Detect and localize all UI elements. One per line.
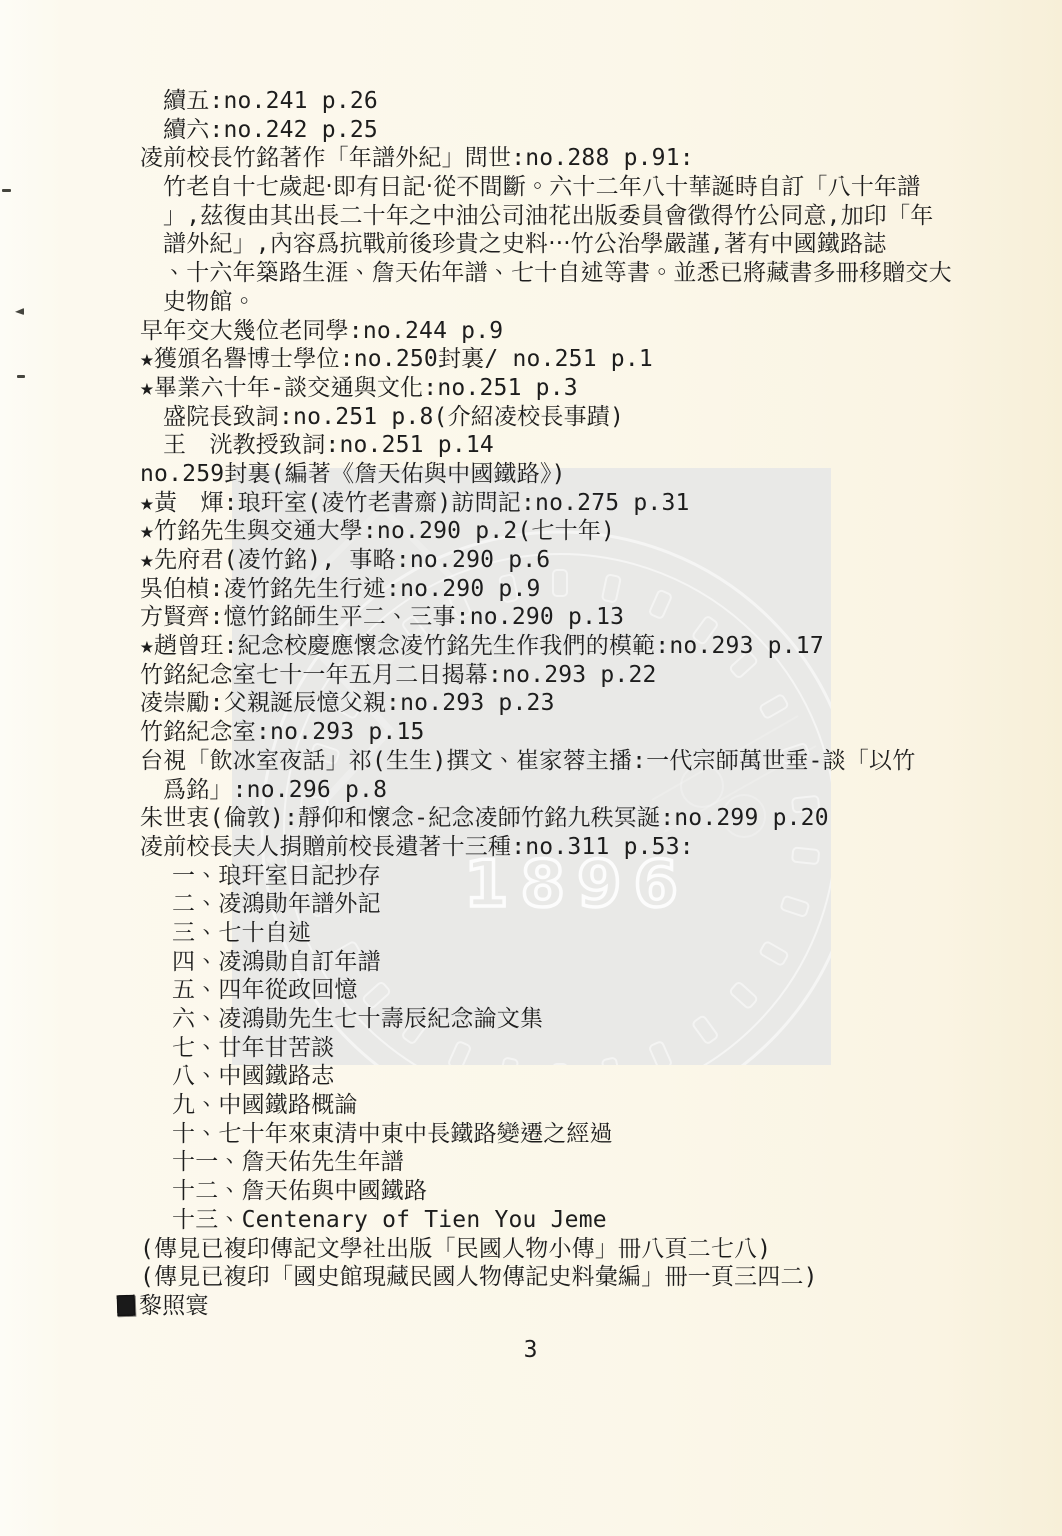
text-line: 八、中國鐵路志 <box>172 1062 1062 1091</box>
scan-speck <box>2 189 11 192</box>
ink-blot-mark <box>117 1295 136 1317</box>
text-line: 竹銘紀念室:no.293 p.15 <box>140 718 1062 747</box>
document-page: 1896 續五:no.241 p.26續六:no.242 p.25凌前校長竹銘著… <box>0 0 1062 1536</box>
text-line: 凌前校長竹銘著作「年譜外紀」問世:no.288 p.91: <box>140 144 1062 173</box>
text-line: 十二、詹天佑與中國鐵路 <box>172 1177 1062 1206</box>
text-line: ★獲頒名譽博士學位:no.250封裏/ no.251 p.1 <box>140 345 1062 374</box>
text-line: 十、七十年來東清中東中長鐵路變遷之經過 <box>172 1120 1062 1149</box>
page-number: 3 <box>0 1337 1062 1363</box>
text-line: 台視「飲冰室夜話」祁(生生)撰文、崔家蓉主播:一代宗師萬世垂-談「以竹 <box>140 747 1062 776</box>
text-line: ★先府君(凌竹銘), 事略:no.290 p.6 <box>140 546 1062 575</box>
text-line: 續六:no.242 p.25 <box>163 116 1062 145</box>
text-line: (傳見已複印「國史館現藏民國人物傳記史料彙編」冊一頁三四二) <box>140 1263 1062 1292</box>
text-line: 方賢齊:憶竹銘師生平二、三事:no.290 p.13 <box>140 603 1062 632</box>
text-line: 凌崇勵:父親誕辰憶父親:no.293 p.23 <box>140 689 1062 718</box>
scan-speck <box>17 375 25 378</box>
text-line: ★黃 煇:琅玕室(凌竹老書齋)訪問記:no.275 p.31 <box>140 489 1062 518</box>
text-line: ★竹銘先生與交通大學:no.290 p.2(七十年) <box>140 517 1062 546</box>
text-line: 盛院長致詞:no.251 p.8(介紹凌校長事蹟) <box>163 403 1062 432</box>
text-line: 朱世衷(倫敦):靜仰和懷念-紀念凌師竹銘九秩冥誕:no.299 p.20 <box>140 804 1062 833</box>
text-line: 七、廿年甘苦談 <box>172 1034 1062 1063</box>
text-line: 王 洸教授致詞:no.251 p.14 <box>163 431 1062 460</box>
text-line: 二、凌鴻勛年譜外記 <box>172 890 1062 919</box>
text-line: 三、七十自述 <box>172 919 1062 948</box>
text-line: ★畢業六十年-談交通與文化:no.251 p.3 <box>140 374 1062 403</box>
text-line: 早年交大幾位老同學:no.244 p.9 <box>140 317 1062 346</box>
text-line: 十一、詹天佑先生年譜 <box>172 1148 1062 1177</box>
text-line: 譜外紀」,內容爲抗戰前後珍貴之史料‧‧‧竹公治學嚴謹,著有中國鐵路誌 <box>163 230 1062 259</box>
text-line: no.259封裏(編著《詹天佑與中國鐵路》) <box>140 460 1062 489</box>
text-line: 四、凌鴻勛自訂年譜 <box>172 948 1062 977</box>
document-body: 續五:no.241 p.26續六:no.242 p.25凌前校長竹銘著作「年譜外… <box>0 87 1062 1321</box>
text-line: 竹老自十七歲起‧即有日記‧從不間斷。六十二年八十華誕時自訂「八十年譜 <box>163 173 1062 202</box>
text-line: 凌前校長夫人捐贈前校長遺著十三種:no.311 p.53: <box>140 833 1062 862</box>
text-line: (傳見已複印傳記文學社出版「民國人物小傳」冊八頁二七八) <box>140 1235 1062 1264</box>
text-line: 竹銘紀念室七十一年五月二日揭幕:no.293 p.22 <box>140 661 1062 690</box>
text-line: 九、中國鐵路概論 <box>172 1091 1062 1120</box>
text-line: 六、凌鴻勛先生七十壽辰紀念論文集 <box>172 1005 1062 1034</box>
text-line: 一、琅玕室日記抄存 <box>172 862 1062 891</box>
text-line: 史物館。 <box>163 288 1062 317</box>
text-line: 吳伯楨:凌竹銘先生行述:no.290 p.9 <box>140 575 1062 604</box>
text-line: 十三、Centenary of Tien You Jeme <box>172 1206 1062 1235</box>
text-line: 續五:no.241 p.26 <box>163 87 1062 116</box>
text-line: 黎照寰 <box>140 1292 1062 1321</box>
text-line: ★趙曾玨:紀念校慶應懷念凌竹銘先生作我們的模範:no.293 p.17 <box>140 632 1062 661</box>
text-line: 、十六年築路生涯、詹天佑年譜、七十自述等書。並悉已將藏書多冊移贈交大 <box>163 259 1062 288</box>
text-line: 五、四年從政回憶 <box>172 976 1062 1005</box>
text-line: 爲銘」:no.296 p.8 <box>163 776 1062 805</box>
text-line: 」,茲復由其出長二十年之中油公司油花出版委員會徵得竹公同意,加印「年 <box>163 202 1062 231</box>
